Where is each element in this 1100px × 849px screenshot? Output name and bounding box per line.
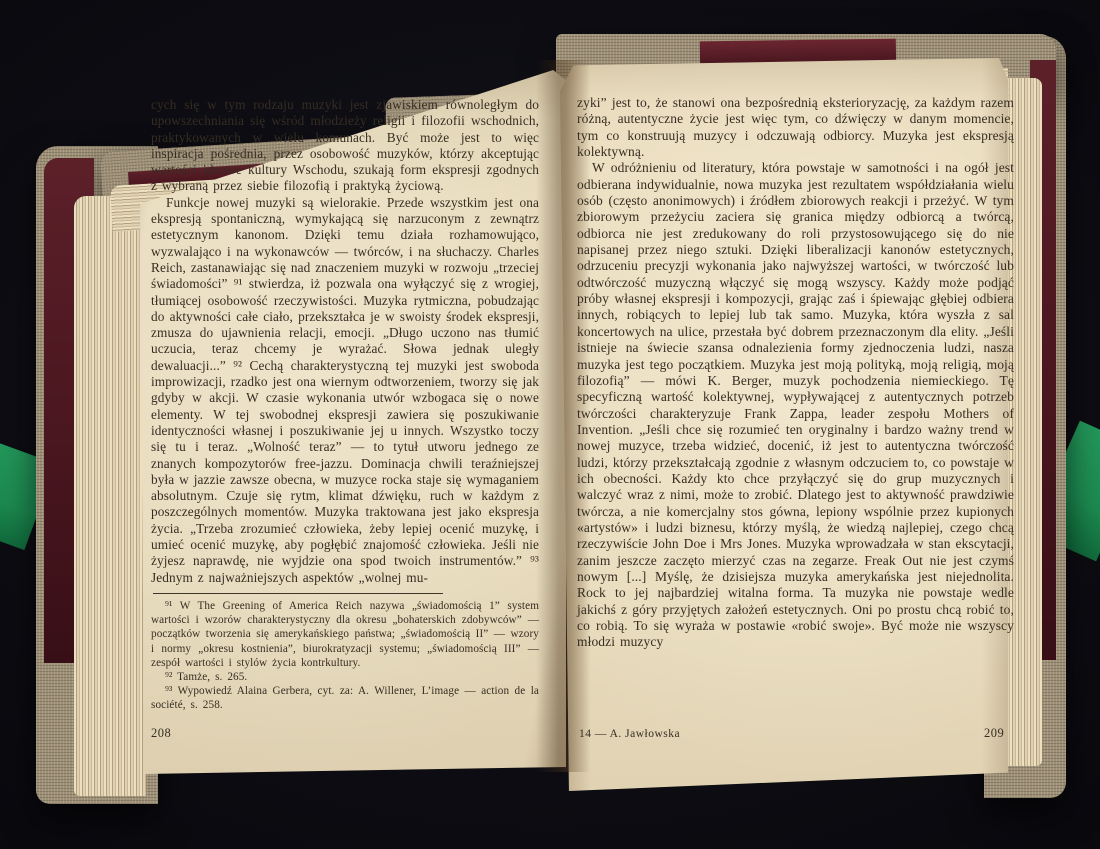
page-number-right: 209 <box>984 726 1004 741</box>
paragraph: zyki” jest to, że stanowi ona bezpośredn… <box>577 95 1014 160</box>
right-page-text-column: zyki” jest to, że stanowi ona bezpośredn… <box>577 95 1014 755</box>
paragraph: Funkcje nowej muzyki są wielorakie. Prze… <box>151 195 539 586</box>
footnote: ⁹² Tamże, s. 265. <box>151 670 539 684</box>
page-edges-left <box>74 196 146 796</box>
footnote: ⁹³ Wypowiedź Alaina Gerbera, cyt. za: A.… <box>151 684 539 712</box>
page-number-left: 208 <box>151 726 171 741</box>
footnote: ⁹¹ W The Greening of America Reich nazyw… <box>151 599 539 670</box>
footnote-rule <box>153 593 443 594</box>
printer-signature: 14 — A. Jawłowska <box>579 728 680 740</box>
paragraph: cych się w tym rodzaju muzyki jest zjawi… <box>151 97 539 195</box>
left-page-text-column: cych się w tym rodzaju muzyki jest zjawi… <box>151 97 539 757</box>
paragraph: W odróżnieniu od literatury, która powst… <box>577 160 1014 650</box>
photo-background: cych się w tym rodzaju muzyki jest zjawi… <box>0 0 1100 849</box>
